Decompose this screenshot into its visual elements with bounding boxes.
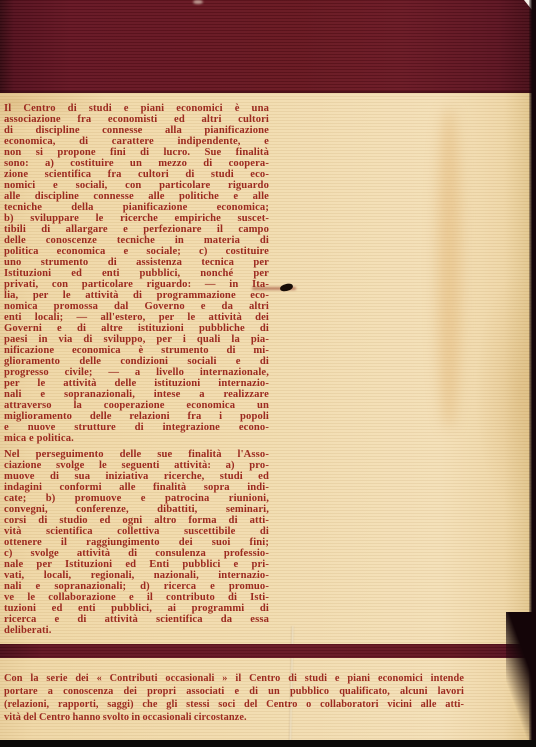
- text-line: zione scientifica fra cultori di studi e…: [4, 169, 269, 180]
- text-line: tecniche della pianificazione economica;: [4, 202, 269, 213]
- text-line: (relazioni, rapporti, saggi) che gli ste…: [4, 698, 464, 711]
- text-line: nali e sopranazionali, intese a realizza…: [4, 389, 269, 400]
- text-line: portare a conoscenza dei propri associat…: [4, 685, 464, 698]
- text-line: progresso civile; — a livello internazio…: [4, 367, 269, 378]
- text-line: enti locali; — all'estero, per le attivi…: [4, 312, 269, 323]
- text-line: Istituzioni ed enti pubblici, nonché per: [4, 268, 269, 279]
- ink-speck: [279, 283, 293, 293]
- text-line: nali e sopranazionali; d) ricerca e prom…: [4, 581, 269, 592]
- photo-bottom-edge: [0, 740, 536, 747]
- text-line: sono: a) costituire un mezzo di coopera-: [4, 158, 269, 169]
- text-line: indagini conformi alle finalità sopra in…: [4, 482, 269, 493]
- text-line: ottenere il raggiungimento dei suoi fini…: [4, 537, 269, 548]
- text-line: alle discipline connesse alle politiche …: [4, 191, 269, 202]
- text-line: associazione fra economisti ed altri cul…: [4, 114, 269, 125]
- text-line: Governi e di altre istituzioni pubbliche…: [4, 323, 269, 334]
- text-line: cate; b) promuove e patrocina riunioni,: [4, 493, 269, 504]
- text-line: deliberati.: [4, 625, 269, 636]
- text-line: e nuove strutture di integrazione econo-: [4, 422, 269, 433]
- paper-stain: [437, 108, 461, 428]
- text-line: c) svolge attività di consulenza profess…: [4, 548, 269, 559]
- text-line: tibili di allargare e perfezionare il ca…: [4, 224, 269, 235]
- text-line: muove di sua iniziativa ricerche, studi …: [4, 471, 269, 482]
- text-line: glioramento delle condizioni sociali e d…: [4, 356, 269, 367]
- activities-paragraph: Nel perseguimento delle sue finalità l'A…: [4, 449, 269, 636]
- text-line: nale per Istituzioni ed Enti pubblici e …: [4, 559, 269, 570]
- text-line: mica e politica.: [4, 433, 269, 444]
- series-note-paragraph: Con la serie dei « Contributi occasional…: [4, 672, 464, 724]
- text-line: attraverso la cooperazione economica un: [4, 400, 269, 411]
- text-line: delle conoscenze tecniche in materia di: [4, 235, 269, 246]
- text-line: convegni, conferenze, dibattiti, seminar…: [4, 504, 269, 515]
- text-line: ricerca e di attività scientifica da ess…: [4, 614, 269, 625]
- text-line: nificazione economica è strumento di mi-: [4, 345, 269, 356]
- text-line: non si propone fini di lucro. Sue finali…: [4, 147, 269, 158]
- text-line: nomici e sociali, con particolare riguar…: [4, 180, 269, 191]
- text-line: privati, con particolare riguardo: — in …: [4, 279, 269, 290]
- text-line: nomica promossa dal Governo e da altri: [4, 301, 269, 312]
- text-line: Il Centro di studi e piani economici è u…: [4, 103, 269, 114]
- divider-band: [0, 644, 529, 658]
- book-back-cover-photo: Il Centro di studi e piani economici è u…: [0, 0, 536, 747]
- text-line: lia, per le attività di programmazione e…: [4, 290, 269, 301]
- text-line: vati, locali, regionali, nazionali, inte…: [4, 570, 269, 581]
- text-line: ve le collaborazione e il contributo di …: [4, 592, 269, 603]
- text-line: politica economica e sociale; c) costitu…: [4, 246, 269, 257]
- text-line: paesi in via di sviluppo, per i quali la…: [4, 334, 269, 345]
- text-line: Nel perseguimento delle sue finalità l'A…: [4, 449, 269, 460]
- text-line: corsi di studio ed ogni altro forma di a…: [4, 515, 269, 526]
- text-line: Con la serie dei « Contributi occasional…: [4, 672, 464, 685]
- text-line: vità scientifica collettiva suscettibile…: [4, 526, 269, 537]
- cover-paper: Il Centro di studi e piani economici è u…: [0, 93, 536, 740]
- text-line: di discipline connesse alla pianificazio…: [4, 125, 269, 136]
- text-line: vità del Centro hanno svolto in occasion…: [4, 711, 464, 724]
- text-line: miglioramento delle relazioni fra i popo…: [4, 411, 269, 422]
- text-line: ciazione svolge le seguenti attività: a)…: [4, 460, 269, 471]
- text-line: per le attività delle istituzioni intern…: [4, 378, 269, 389]
- text-line: uno strumento di assistenza tecnica per: [4, 257, 269, 268]
- main-text-column: Il Centro di studi e piani economici è u…: [4, 103, 269, 636]
- paper-speck: [193, 0, 203, 4]
- about-paragraph: Il Centro di studi e piani economici è u…: [4, 103, 269, 444]
- text-line: b) sviluppare le ricerche empiriche susc…: [4, 213, 269, 224]
- text-line: tuzioni ed enti pubblici, ai programmi d…: [4, 603, 269, 614]
- text-line: economica, di carattere indipendente, e: [4, 136, 269, 147]
- spine-top-band: [0, 0, 536, 93]
- photo-bottom-right-shadow: [506, 612, 536, 742]
